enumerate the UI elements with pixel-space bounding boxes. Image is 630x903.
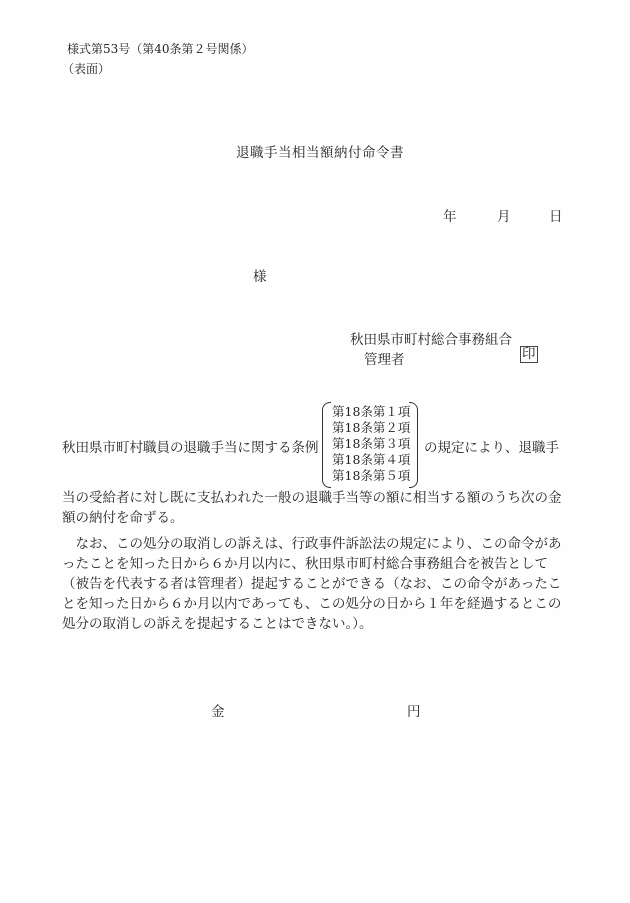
seal-stamp-box: 印 [520, 346, 538, 363]
appeal-notice-paragraph: なお、この処分の取消しの訴えは、行政事件訴訟法の規定により、この命令があったこと… [62, 534, 562, 634]
addressee-honorific: 様 [253, 265, 267, 285]
side-label: （表面） [62, 60, 110, 77]
day-label: 日 [549, 205, 563, 225]
article-item: 第18条第２項 [332, 420, 410, 436]
month-label: 月 [497, 205, 511, 225]
article-item: 第18条第４項 [332, 452, 410, 468]
article-list: 第18条第１項 第18条第２項 第18条第３項 第18条第４項 第18条第５項 [332, 404, 410, 484]
amount-prefix: 金 [211, 700, 225, 720]
year-label: 年 [443, 205, 457, 225]
ordinance-tail: の規定により、退職手 [424, 436, 559, 456]
issuer-role: 管理者 [364, 348, 405, 368]
form-number: 様式第53号（第40条第２号関係） [67, 40, 254, 57]
right-brace-icon [409, 402, 418, 488]
issuer-organization: 秋田県市町村総合事務組合 [350, 328, 512, 348]
article-item: 第18条第５項 [332, 468, 410, 484]
amount-suffix: 円 [407, 700, 421, 720]
article-item: 第18条第１項 [332, 404, 410, 420]
article-brace: 第18条第１項 第18条第２項 第18条第３項 第18条第４項 第18条第５項 [322, 402, 418, 488]
ordinance-name: 秋田県市町村職員の退職手当に関する条例 [62, 436, 319, 456]
article-item: 第18条第３項 [332, 436, 410, 452]
document-title: 退職手当相当額納付命令書 [236, 141, 404, 161]
order-paragraph: 当の受給者に対し既に支払われた一般の退職手当等の額に相当する額のうち次の金額の納… [62, 488, 562, 528]
left-brace-icon [322, 402, 331, 488]
